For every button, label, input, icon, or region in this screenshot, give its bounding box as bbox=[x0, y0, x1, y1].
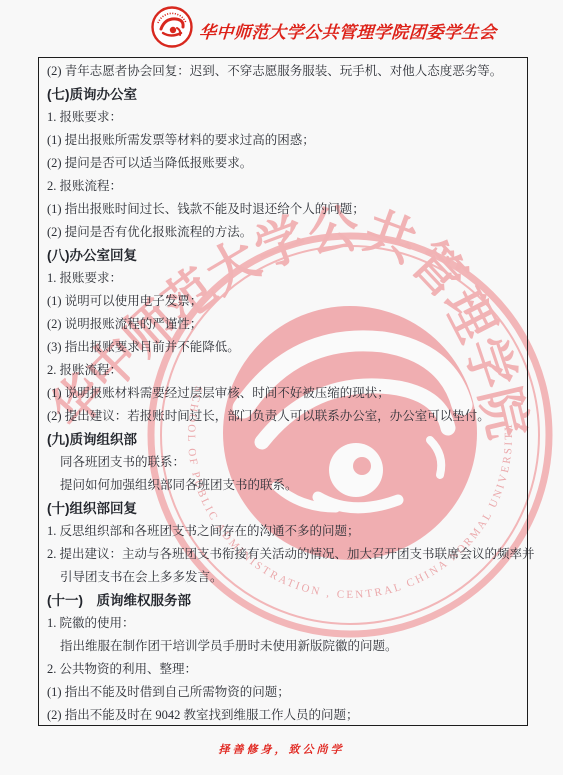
footer-motto: 择善修身，致公尚学 bbox=[0, 741, 563, 757]
document-line: 2. 报账流程： bbox=[47, 359, 525, 382]
document-line: 1. 反思组织部和各班团支书之间存在的沟通不多的问题； bbox=[47, 520, 525, 543]
document-line: (1) 说明可以使用电子发票； bbox=[47, 290, 525, 313]
document-line: 1. 院徽的使用： bbox=[47, 612, 525, 635]
document-line: (2) 提出建议：若报账时间过长，部门负责人可以联系办公室，办公室可以垫付。 bbox=[47, 405, 525, 428]
document-line: 提问如何加强组织部同各班团支书的联系。 bbox=[47, 474, 525, 497]
document-line: 2. 报账流程： bbox=[47, 175, 525, 198]
document-line: 同各班团支书的联系： bbox=[47, 451, 525, 474]
document-line: (2) 提问是否有优化报账流程的方法。 bbox=[47, 221, 525, 244]
document-line: (3) 指出报账要求目前并不能降低。 bbox=[47, 336, 525, 359]
document-line: (1) 说明报账材料需要经过层层审核、时间不好被压缩的现状； bbox=[47, 382, 525, 405]
document-line: (1) 提出报账所需发票等材料的要求过高的困惑； bbox=[47, 129, 525, 152]
section-heading: (七)质询办公室 bbox=[47, 83, 525, 106]
document-line: (1) 指出不能及时借到自己所需物资的问题； bbox=[47, 681, 525, 704]
document-line: (2) 提问是否可以适当降低报账要求。 bbox=[47, 152, 525, 175]
section-heading: (八)办公室回复 bbox=[47, 244, 525, 267]
college-seal-logo bbox=[151, 6, 193, 48]
document-line: 2. 公共物资的利用、整理： bbox=[47, 658, 525, 681]
section-heading: (十一) 质询维权服务部 bbox=[47, 589, 525, 612]
organization-title: 华中师范大学公共管理学院团委学生会 bbox=[198, 18, 497, 43]
minutes-content-box: (2) 青年志愿者协会回复：迟到、不穿志愿服务服装、玩手机、对他人态度恶劣等。(… bbox=[38, 57, 528, 726]
document-line: 指出维服在制作团干培训学员手册时未使用新版院徽的问题。 bbox=[47, 635, 525, 658]
document-line: 引导团支书在会上多多发言。 bbox=[47, 566, 525, 589]
document-page: SCHOOL OF PUBLIC ADMINISTRATION , CENTRA… bbox=[0, 0, 563, 775]
document-line: (1) 指出报账时间过长、钱款不能及时退还给个人的问题； bbox=[47, 198, 525, 221]
document-line: (2) 青年志愿者协会回复：迟到、不穿志愿服务服装、玩手机、对他人态度恶劣等。 bbox=[47, 60, 525, 83]
section-heading: (九)质询组织部 bbox=[47, 428, 525, 451]
document-line: (2) 说明报账流程的严谨性； bbox=[47, 313, 525, 336]
document-line: 2. 提出建议：主动与各班团支书衔接有关活动的情况、加大召开团支书联席会议的频率… bbox=[47, 543, 525, 566]
document-line: 1. 报账要求： bbox=[47, 106, 525, 129]
letterhead: 华中师范大学公共管理学院团委学生会 bbox=[0, 0, 563, 57]
document-lines: (2) 青年志愿者协会回复：迟到、不穿志愿服务服装、玩手机、对他人态度恶劣等。(… bbox=[47, 60, 525, 727]
document-line: (2) 指出不能及时在 9042 教室找到维服工作人员的问题； bbox=[47, 704, 525, 727]
document-line: 1. 报账要求： bbox=[47, 267, 525, 290]
section-heading: (十)组织部回复 bbox=[47, 497, 525, 520]
